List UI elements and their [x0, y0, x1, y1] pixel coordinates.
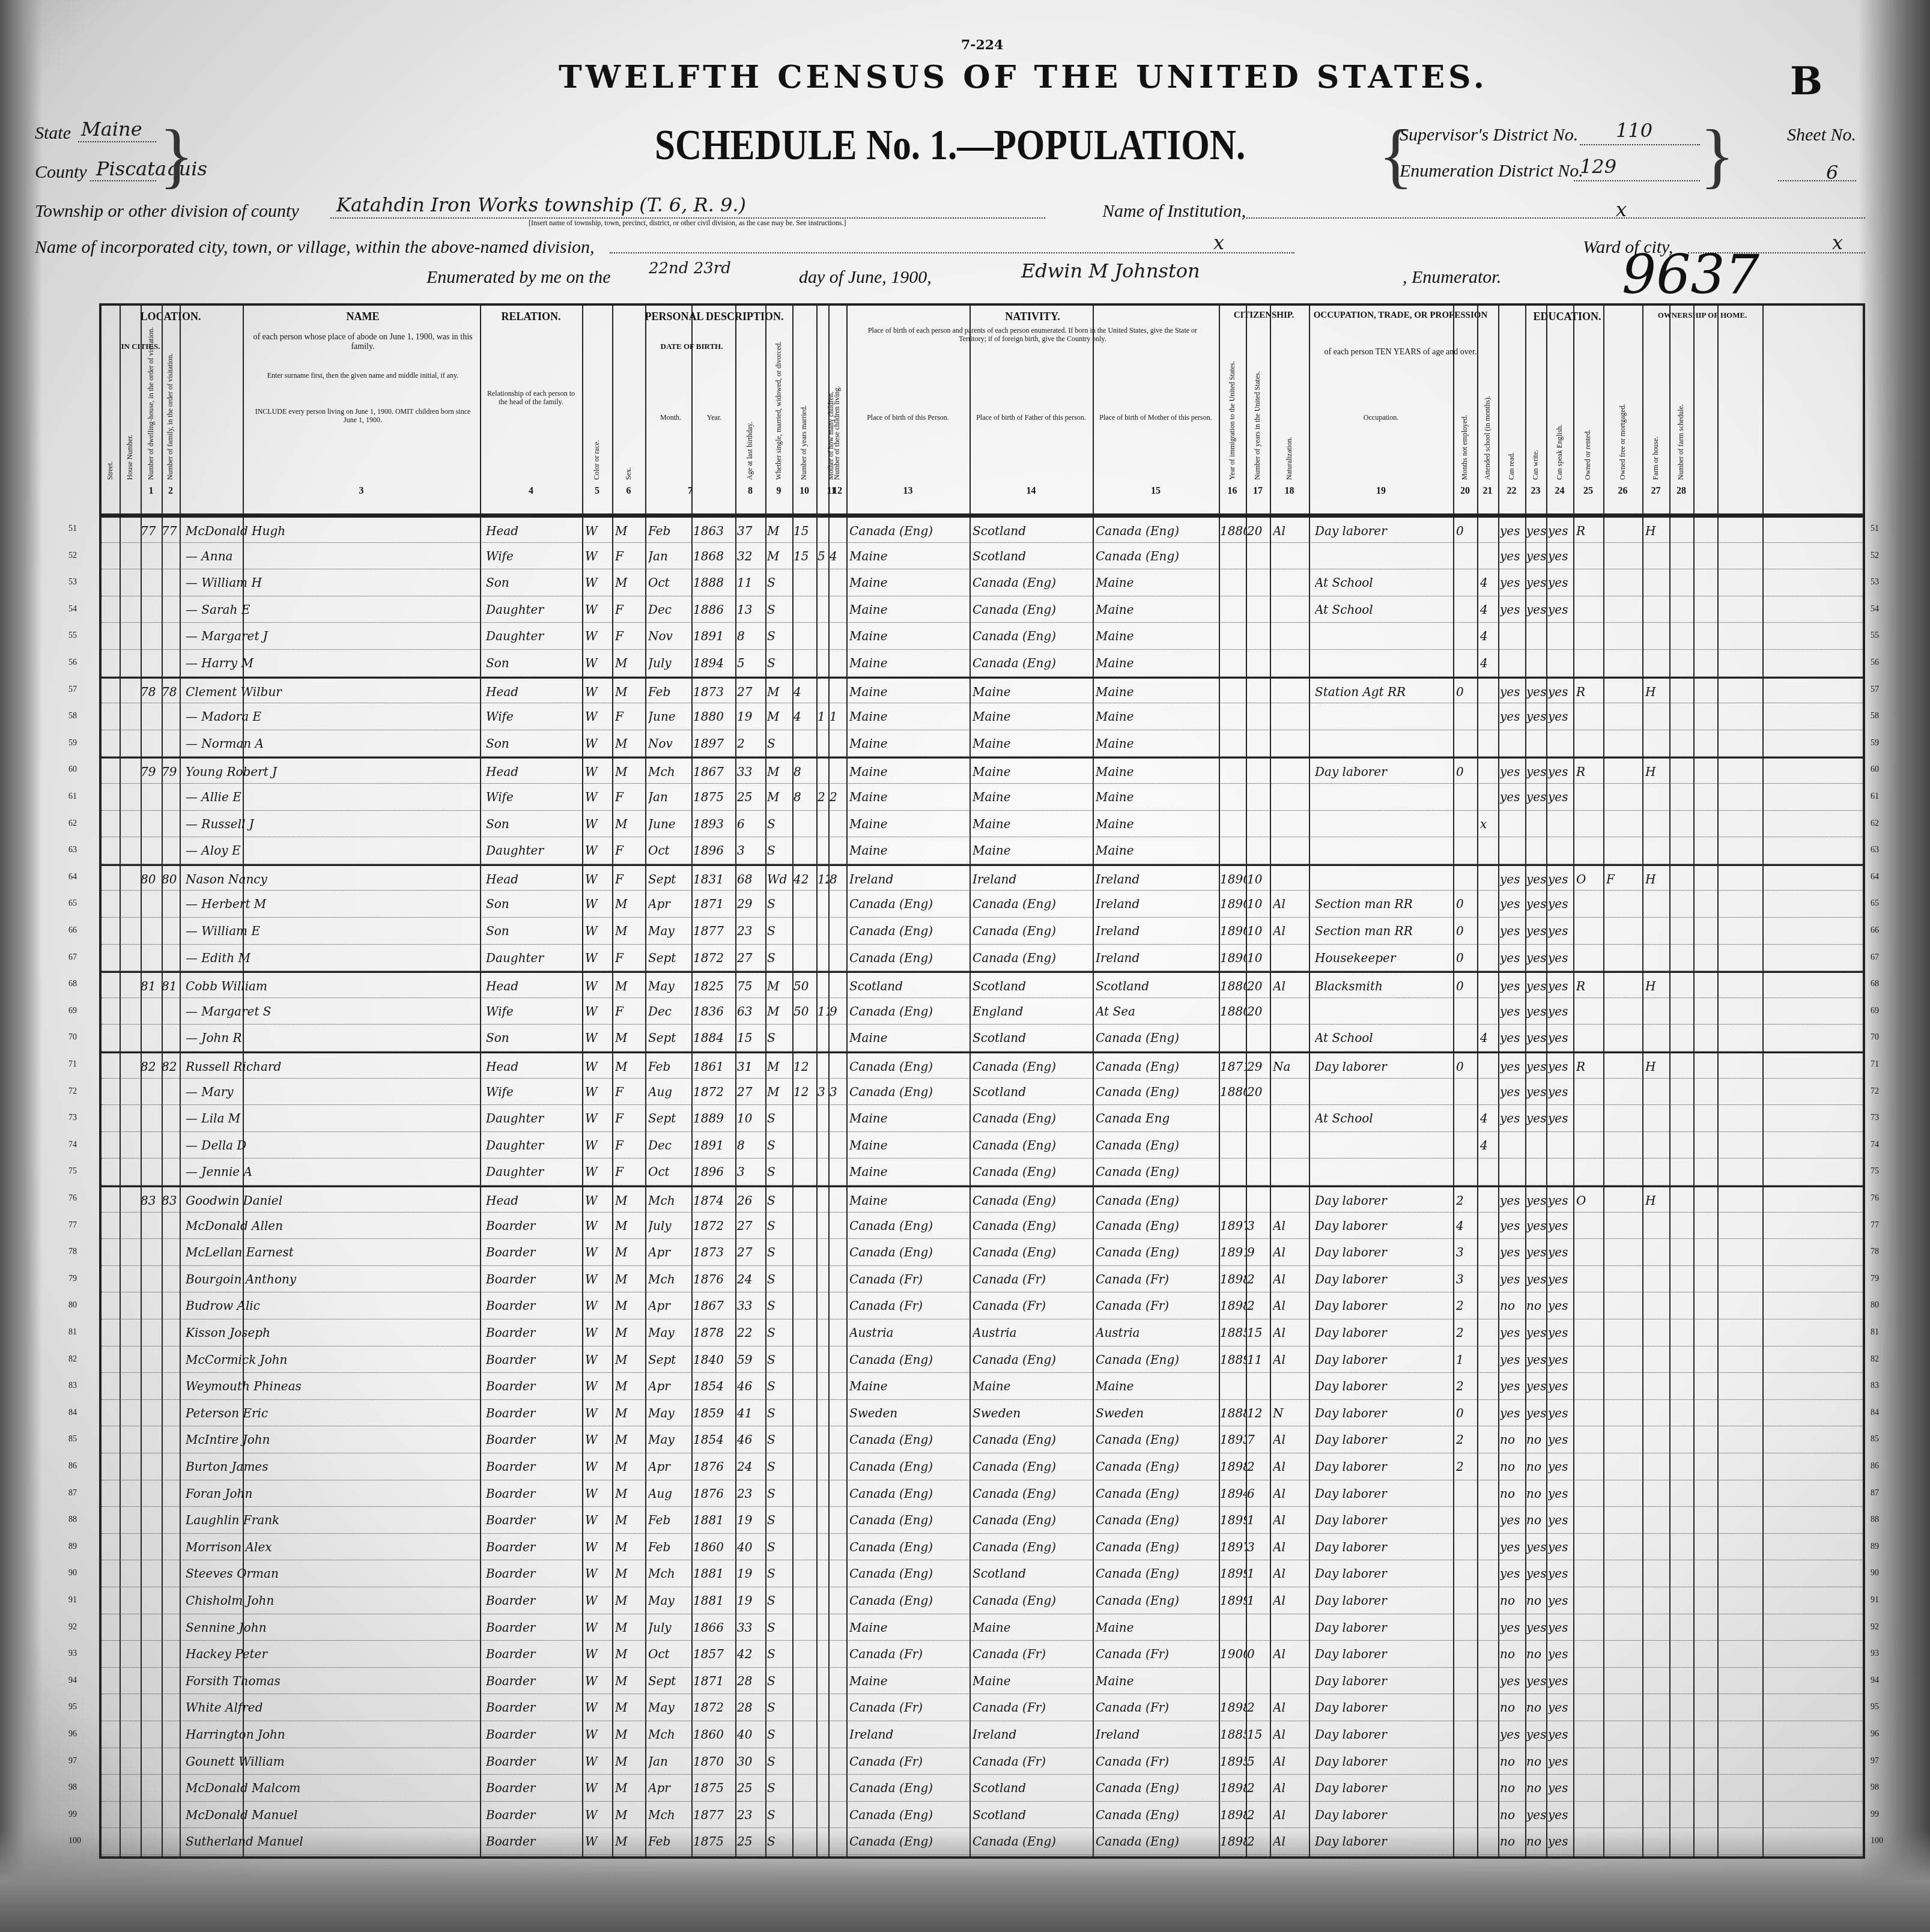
line-number-left: 87 [68, 1489, 77, 1498]
cell-mne: 2 [1456, 1453, 1477, 1480]
cell-sch: 4 [1480, 569, 1498, 596]
cell-name: — Lila M [186, 1105, 480, 1132]
cell-age: 31 [737, 1053, 765, 1080]
cell-read: yes [1500, 1346, 1525, 1373]
cell-ym: 42 [794, 866, 816, 893]
cell-mb: Canada (Eng) [1096, 1079, 1219, 1106]
cell-write: no [1526, 1507, 1546, 1534]
cell-nat: Al [1273, 1534, 1309, 1561]
cell-fm [1606, 998, 1642, 1025]
cell-sch [1480, 679, 1498, 706]
cell-year: 1857 [693, 1641, 735, 1668]
cell-rel: Boarder [486, 1266, 582, 1293]
table-row: McDonald MalcomBoarderWMApr187525SCanada… [102, 1775, 1863, 1802]
cell-ms: S [767, 1507, 792, 1534]
cell-imm: 1890 [1220, 918, 1246, 945]
cell-pb: Canada (Fr) [849, 1641, 970, 1668]
cell-age: 40 [737, 1721, 765, 1748]
cell-imm [1220, 759, 1246, 786]
cell-write [1526, 623, 1546, 650]
cell-occ: Day laborer [1315, 1266, 1453, 1293]
cell-mc [818, 1453, 828, 1480]
cell-name: Sutherland Manuel [186, 1828, 480, 1855]
cell-mne: 2 [1456, 1373, 1477, 1400]
cell-race: W [585, 1025, 612, 1052]
cell-fm [1606, 1534, 1642, 1561]
cell-read: no [1500, 1775, 1525, 1802]
cell-own [1576, 945, 1603, 972]
cell-eng: yes [1548, 1560, 1573, 1587]
cell-mb: Ireland [1096, 866, 1219, 893]
cell-mb: Maine [1096, 784, 1219, 811]
cell-write: yes [1526, 1079, 1546, 1106]
cell-fm [1606, 1507, 1642, 1534]
cell-cl [830, 1560, 846, 1587]
cell-occ [1315, 650, 1453, 677]
occupation-desc: of each person TEN YEARS of age and over… [1315, 348, 1486, 357]
line-number-left: 51 [68, 524, 77, 534]
cell-age: 25 [737, 1775, 765, 1802]
cell-ms: M [767, 543, 792, 570]
cell-sex: M [615, 891, 645, 918]
cell-read: yes [1500, 1213, 1525, 1240]
cell-yrs [1247, 1373, 1270, 1400]
cell-ms: S [767, 1132, 792, 1159]
line-number: 57 [1871, 685, 1879, 695]
cell-age: 13 [737, 596, 765, 623]
cell-own [1576, 730, 1603, 757]
cell-sex: M [615, 1480, 645, 1507]
cell-sex: F [615, 703, 645, 730]
table-row: Sennine JohnBoarderWMJuly186633SMaineMai… [102, 1614, 1863, 1641]
cell-ms: S [767, 1587, 792, 1614]
cell-dw [141, 1507, 162, 1534]
cell-write: yes [1526, 1668, 1546, 1695]
table-row: Forsith ThomasBoarderWMSept187128SMaineM… [102, 1668, 1863, 1695]
cell-rel: Head [486, 1053, 582, 1080]
line-number-left: 62 [68, 819, 77, 829]
cell-fh: H [1645, 866, 1669, 893]
cell-fam [162, 1213, 180, 1240]
cell-year: 1874 [693, 1187, 735, 1214]
column-header: Place of birth of Father of this person. [976, 414, 1087, 422]
cell-yrs [1247, 784, 1270, 811]
cell-fam [162, 1025, 180, 1052]
cell-fam [162, 1694, 180, 1721]
cell-pb: Canada (Eng) [849, 1053, 970, 1080]
cell-occ [1315, 998, 1453, 1025]
cell-imm: 1898 [1220, 1802, 1246, 1829]
cell-sch [1480, 1158, 1498, 1186]
cell-name: Steeves Orman [186, 1560, 480, 1587]
line-number-left: 74 [68, 1140, 77, 1150]
cell-mne [1456, 1748, 1477, 1775]
line-number-left: 64 [68, 873, 77, 882]
cell-pb: Ireland [849, 866, 970, 893]
cell-sch: 4 [1480, 596, 1498, 623]
cell-month: Mch [648, 1266, 693, 1293]
cell-pb: Maine [849, 1668, 970, 1695]
cell-fam [162, 1453, 180, 1480]
column-number: 17 [1246, 486, 1270, 497]
cell-month: July [648, 650, 693, 677]
cell-sex: F [615, 1105, 645, 1132]
cell-mc [818, 1187, 828, 1214]
cell-fb: Maine [973, 730, 1093, 757]
column-number: 19 [1309, 486, 1453, 497]
column-number: 15 [1093, 486, 1219, 497]
cell-yrs: 3 [1247, 1213, 1270, 1240]
cell-ym [794, 1668, 816, 1695]
cell-mb: Ireland [1096, 1721, 1219, 1748]
cell-rel: Daughter [486, 1132, 582, 1159]
cell-age: 41 [737, 1400, 765, 1427]
cell-age: 32 [737, 543, 765, 570]
cell-dw [141, 730, 162, 757]
cell-read: yes [1500, 1560, 1525, 1587]
table-row: 7777McDonald HughHeadWMFeb186337M15Canad… [102, 516, 1863, 543]
cell-year: 1866 [693, 1614, 735, 1641]
cell-race: W [585, 1453, 612, 1480]
cell-ym [794, 569, 816, 596]
column-header: Number of family, in the order of visita… [166, 360, 175, 480]
cell-own [1576, 650, 1603, 677]
cell-cl [830, 945, 846, 972]
cell-fm [1606, 730, 1642, 757]
cell-year: 1860 [693, 1534, 735, 1561]
cell-read: yes [1500, 1319, 1525, 1346]
cell-fh [1645, 1587, 1669, 1614]
cell-nat: Al [1273, 918, 1309, 945]
cell-pb: Canada (Eng) [849, 1802, 970, 1829]
cell-cl [830, 759, 846, 786]
cell-mc [818, 1721, 828, 1748]
cell-nat [1273, 623, 1309, 650]
cell-age: 63 [737, 998, 765, 1025]
cell-read [1500, 811, 1525, 838]
cell-mb: Scotland [1096, 973, 1219, 1000]
cell-mne [1456, 866, 1477, 893]
cell-ms: S [767, 1775, 792, 1802]
cell-mne: 0 [1456, 973, 1477, 1000]
cell-mne: 0 [1456, 1400, 1477, 1427]
cell-month: Oct [648, 569, 693, 596]
cell-year: 1891 [693, 1132, 735, 1159]
cell-age: 68 [737, 866, 765, 893]
cell-fb: Canada (Fr) [973, 1641, 1093, 1668]
cell-dw: 83 [141, 1187, 162, 1214]
cell-read: no [1500, 1694, 1525, 1721]
cell-dw [141, 1560, 162, 1587]
cell-ym [794, 1158, 816, 1186]
cell-fh [1645, 1453, 1669, 1480]
cell-own [1576, 1132, 1603, 1159]
cell-write [1526, 1158, 1546, 1186]
cell-fm [1606, 1239, 1642, 1266]
township-label: Township or other division of county [35, 201, 299, 222]
cell-fh [1645, 1694, 1669, 1721]
cell-year: 1868 [693, 543, 735, 570]
cell-fh [1645, 1105, 1669, 1132]
cell-name: — Herbert M [186, 891, 480, 918]
table-row: — Allie EWifeWFJan187525M822MaineMaineMa… [102, 784, 1863, 811]
cell-mb: Ireland [1096, 891, 1219, 918]
cell-rel: Son [486, 811, 582, 838]
cell-imm [1220, 784, 1246, 811]
cell-sch [1480, 784, 1498, 811]
census-title: TWELFTH CENSUS OF THE UNITED STATES. [559, 59, 1488, 95]
cell-dw [141, 1426, 162, 1453]
cell-race: W [585, 1105, 612, 1132]
cell-write: yes [1526, 1319, 1546, 1346]
cell-cl [830, 1187, 846, 1214]
cell-imm [1220, 703, 1246, 730]
cell-pb: Maine [849, 837, 970, 864]
cell-year: 1896 [693, 1158, 735, 1186]
cell-eng: yes [1548, 1373, 1573, 1400]
cell-occ: At School [1315, 1105, 1453, 1132]
line-number: 100 [1871, 1837, 1883, 1846]
cell-write: yes [1526, 1239, 1546, 1266]
cell-write: yes [1526, 1025, 1546, 1052]
line-number: 81 [1871, 1328, 1879, 1337]
cell-eng [1548, 1132, 1573, 1159]
cell-sex: M [615, 1453, 645, 1480]
cell-fam [162, 1641, 180, 1668]
form-code: 7-224 [961, 37, 1003, 53]
cell-sex: M [615, 918, 645, 945]
line-number: 73 [1871, 1113, 1879, 1123]
line-number: 77 [1871, 1221, 1879, 1231]
table-row: — William ESonWMMay187723SCanada (Eng)Ca… [102, 918, 1863, 945]
cell-ym: 15 [794, 543, 816, 570]
cell-month: Apr [648, 1239, 693, 1266]
cell-cl [830, 1213, 846, 1240]
cell-cl [830, 891, 846, 918]
cell-sch [1480, 1079, 1498, 1106]
line-number-left: 52 [68, 551, 77, 561]
cell-fh [1645, 1426, 1669, 1453]
line-number-left: 86 [68, 1462, 77, 1471]
cell-fb: Canada (Eng) [973, 1480, 1093, 1507]
cell-rel: Daughter [486, 945, 582, 972]
enumerated-label-2: day of June, 1900, [799, 267, 932, 288]
cell-nat [1273, 650, 1309, 677]
cell-fb: Scotland [973, 518, 1093, 545]
line-number: 60 [1871, 765, 1879, 775]
cell-mc [818, 1587, 828, 1614]
cell-age: 11 [737, 569, 765, 596]
cell-race: W [585, 1266, 612, 1293]
line-number-left: 83 [68, 1381, 77, 1391]
cell-nat [1273, 730, 1309, 757]
cell-pb: Maine [849, 703, 970, 730]
cell-fam [162, 1266, 180, 1293]
cell-pb: Canada (Eng) [849, 1079, 970, 1106]
cell-month: Apr [648, 1775, 693, 1802]
cell-mne [1456, 1775, 1477, 1802]
cell-mc [818, 1641, 828, 1668]
cell-nat: Al [1273, 518, 1309, 545]
cell-fm [1606, 1775, 1642, 1802]
cell-nat [1273, 1187, 1309, 1214]
cell-fh [1645, 1079, 1669, 1106]
cell-age: 8 [737, 623, 765, 650]
line-number-left: 95 [68, 1703, 77, 1712]
cell-pb: Canada (Fr) [849, 1266, 970, 1293]
cell-fb: Ireland [973, 1721, 1093, 1748]
cell-yrs [1247, 596, 1270, 623]
cell-ym: 4 [794, 703, 816, 730]
cell-mc [818, 1158, 828, 1186]
cell-mc: 3 [818, 1079, 828, 1106]
cell-mb: Canada (Eng) [1096, 1025, 1219, 1052]
brace-district-close: } [1700, 114, 1735, 197]
population-table: LOCATION. IN CITIES. NAME of each person… [99, 303, 1865, 1859]
cell-write: no [1526, 1641, 1546, 1668]
line-number: 56 [1871, 658, 1879, 668]
cell-sex: M [615, 1641, 645, 1668]
cell-fh: H [1645, 1187, 1669, 1214]
cell-read: yes [1500, 1721, 1525, 1748]
cell-name: McLellan Earnest [186, 1239, 480, 1266]
cell-mb: Canada (Eng) [1096, 1158, 1219, 1186]
cell-mc [818, 1560, 828, 1587]
column-number: 6 [612, 486, 645, 497]
cell-month: May [648, 973, 693, 1000]
cell-race: W [585, 837, 612, 864]
cell-ms: S [767, 1239, 792, 1266]
cell-nat [1273, 837, 1309, 864]
cell-year: 1888 [693, 569, 735, 596]
cell-eng: yes [1548, 1748, 1573, 1775]
table-row: Laughlin FrankBoarderWMFeb188119SCanada … [102, 1507, 1863, 1534]
cell-cl [830, 1694, 846, 1721]
cell-dw [141, 1319, 162, 1346]
cell-dw [141, 1641, 162, 1668]
cell-read: yes [1500, 1053, 1525, 1080]
cell-name: Clement Wilbur [186, 679, 480, 706]
column-header: Can speak English. [1555, 360, 1564, 480]
cell-sch [1480, 866, 1498, 893]
cell-fb: Maine [973, 1373, 1093, 1400]
cell-mc [818, 1480, 828, 1507]
cell-rel: Boarder [486, 1507, 582, 1534]
cell-pb: Maine [849, 759, 970, 786]
table-row: McDonald ManuelBoarderWMMch187723SCanada… [102, 1802, 1863, 1829]
cell-sex: M [615, 759, 645, 786]
table-row: Morrison AlexBoarderWMFeb186040SCanada (… [102, 1534, 1863, 1561]
cell-nat: Al [1273, 1346, 1309, 1373]
cell-rel: Boarder [486, 1641, 582, 1668]
cell-race: W [585, 1158, 612, 1186]
cell-age: 19 [737, 1560, 765, 1587]
cell-mb: Canada (Eng) [1096, 1053, 1219, 1080]
cell-fam [162, 1319, 180, 1346]
cell-ms: S [767, 918, 792, 945]
cell-nat: Al [1273, 1319, 1309, 1346]
cell-mb: Canada (Eng) [1096, 1346, 1219, 1373]
cell-imm: 1891 [1220, 1239, 1246, 1266]
cell-fm [1606, 1480, 1642, 1507]
cell-nat [1273, 569, 1309, 596]
column-header: Whether single, married, widowed, or div… [774, 360, 783, 480]
cell-pb: Maine [849, 1105, 970, 1132]
column-header: Year of immigration to the United States… [1228, 360, 1237, 480]
cell-cl [830, 1802, 846, 1829]
cell-month: Dec [648, 998, 693, 1025]
cell-occ [1315, 1132, 1453, 1159]
cell-name: Cobb William [186, 973, 480, 1000]
cell-rel: Boarder [486, 1292, 582, 1319]
cell-ms: S [767, 1668, 792, 1695]
cell-own [1576, 1694, 1603, 1721]
cell-mc: 2 [818, 784, 828, 811]
cell-read [1500, 623, 1525, 650]
cell-mb: Maine [1096, 569, 1219, 596]
column-header: Owned or rented. [1583, 360, 1592, 480]
line-number: 53 [1871, 578, 1879, 587]
cell-pb: Maine [849, 1132, 970, 1159]
cell-name: Peterson Eric [186, 1400, 480, 1427]
cell-name: Gounett William [186, 1748, 480, 1775]
cell-age: 3 [737, 837, 765, 864]
cell-ms: S [767, 1828, 792, 1855]
cell-dw: 79 [141, 759, 162, 786]
cell-occ: Housekeeper [1315, 945, 1453, 972]
cell-own [1576, 1266, 1603, 1293]
cell-write: yes [1526, 973, 1546, 1000]
cell-mne [1456, 1534, 1477, 1561]
cell-cl [830, 1668, 846, 1695]
cell-own [1576, 1213, 1603, 1240]
cell-sex: M [615, 1400, 645, 1427]
cell-name: Morrison Alex [186, 1534, 480, 1561]
cell-fam: 80 [162, 866, 180, 893]
cell-fb: Canada (Eng) [973, 1132, 1093, 1159]
cell-sex: F [615, 1079, 645, 1106]
cell-cl [830, 1158, 846, 1186]
cell-mne [1456, 998, 1477, 1025]
cell-sch: 4 [1480, 650, 1498, 677]
table-row: Bourgoin AnthonyBoarderWMMch187624SCanad… [102, 1266, 1863, 1293]
cell-sex: F [615, 1158, 645, 1186]
cell-race: W [585, 518, 612, 545]
cell-ms: S [767, 1292, 792, 1319]
cell-fm [1606, 759, 1642, 786]
cell-imm [1220, 1158, 1246, 1186]
cell-occ: Day laborer [1315, 1614, 1453, 1641]
cell-year: 1871 [693, 891, 735, 918]
cell-cl [830, 730, 846, 757]
cell-mb: Canada Eng [1096, 1105, 1219, 1132]
cell-own [1576, 1560, 1603, 1587]
cell-year: 1867 [693, 759, 735, 786]
cell-month: Apr [648, 1292, 693, 1319]
cell-ms: S [767, 730, 792, 757]
cell-imm: 1899 [1220, 1560, 1246, 1587]
cell-imm [1220, 679, 1246, 706]
cell-sch [1480, 543, 1498, 570]
cell-write: yes [1526, 918, 1546, 945]
line-number: 52 [1871, 551, 1879, 561]
cell-write: no [1526, 1694, 1546, 1721]
table-row: White AlfredBoarderWMMay187228SCanada (F… [102, 1694, 1863, 1721]
cell-dw: 78 [141, 679, 162, 706]
line-number: 71 [1871, 1060, 1879, 1070]
cell-write: no [1526, 1775, 1546, 1802]
cell-imm [1220, 1373, 1246, 1400]
